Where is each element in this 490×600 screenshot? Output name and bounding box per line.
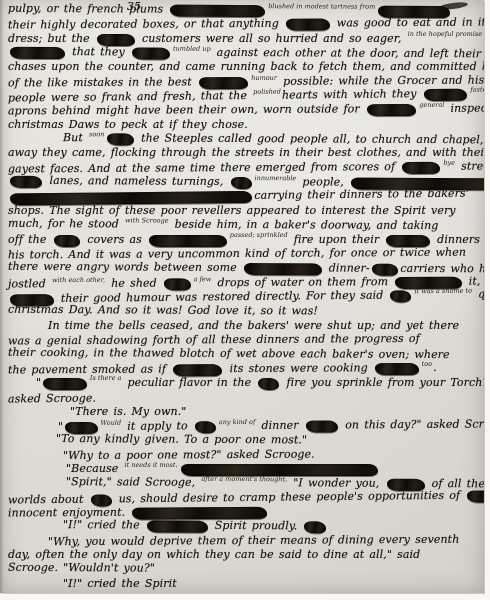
handwritten-text: covers as [82,233,147,246]
handwritten-text: pulpy, or the french plums [8,2,168,16]
handwritten-text: was good to eat and in its christmas [332,15,484,29]
handwritten-text: carrying their dinners to the bakers' [254,187,469,202]
handwritten-text: "Because [66,462,124,475]
struck-out-scribble: xxxxxx [132,47,170,59]
manuscript-line: aprons behind might have been their own,… [0,102,484,119]
handwritten-text: peculiar flavor in the [122,376,256,389]
handwritten-text: gayest faces. And at the same time there… [8,160,400,175]
manuscript-line: xxxxxxxxx that they xxxxxxtumbled up aga… [0,45,484,62]
interlinear-insertion: a few [194,276,212,281]
struck-out-scribble: xxxxxxxxxxxxxxxx [170,5,265,17]
manuscript-line: dress; but the xxxxxx customers were all… [0,32,484,46]
handwritten-text: dinner- [324,262,370,275]
manuscript-line: But soonxxxx the Steeples called good pe… [0,131,484,148]
interlinear-insertion: blushed in modest tartness from [268,4,375,10]
handwritten-text: "I wonder you, [288,477,384,491]
struck-out-scribble: xxxxxxx [375,363,419,375]
handwritten-text: But [63,131,88,144]
interlinear-insertion: Would [101,420,122,425]
handwritten-text: off the [8,233,52,246]
manuscript-page: 35 pulpy, or the french plums xxxxxxxxxx… [0,0,484,593]
manuscript-line: chases upon the counter, and came runnin… [0,60,484,74]
interlinear-insertion: innumerable [255,176,297,181]
handwritten-text: people, [297,175,349,188]
struck-out-scribble: xxxxxxx [424,89,468,101]
struck-out-scribble: xxx [258,378,279,390]
interlinear-insertion: any kind of [219,419,256,424]
handwritten-text: . [433,360,437,373]
struck-out-scribble: xxxxxxxxxxxxx [244,263,322,275]
struck-out-scribble: xxxx [54,235,81,247]
interlinear-insertion: too [422,361,432,366]
manuscript-text: pulpy, or the french plums xxxxxxxxxxxxx… [0,0,484,591]
handwritten-text: quarrel upon [473,287,484,301]
handwritten-text: lanes, and nameless turnings, [44,174,228,188]
manuscript-line: "Why, you would deprive them of their me… [0,532,484,549]
handwritten-text: he shed [106,276,162,289]
manuscript-line: "Why to a poor one most?" asked Scrooge. [0,446,484,463]
struck-out-scribble: xxxx [467,490,484,502]
handwritten-text: carriers who had [400,262,484,276]
handwritten-text: day, often the only day on which they ca… [8,548,420,561]
handwritten-text: "I!" cried the [63,518,145,531]
handwritten-text: streets, [456,159,484,172]
handwritten-text: us, should desire to cramp these people'… [113,488,465,505]
struck-out-scribble: xxxxxx [402,162,440,174]
handwritten-text: inspection and for [445,101,484,115]
manuscript-line: off the xxxx covers as xxxxxxxxxxxxxpass… [0,233,484,247]
handwritten-text: asked Scrooge. [8,392,96,406]
struck-out-scribble: xxxxxxxxxxxxx [149,235,227,247]
interlinear-insertion: passed; sprinkled [230,233,288,238]
struck-out-scribble: xxxxx [10,176,42,188]
handwritten-text: shops. The sight of these poor revellers… [8,204,456,217]
handwritten-text: "I!" cried the Spirit [63,577,177,590]
manuscript-line: "I!" cried the Spirit [0,577,484,591]
handwritten-text: his torch. And it was a very uncommon ki… [8,245,466,261]
struck-out-scribble: xxx [230,177,251,189]
interlinear-insertion: fastened [470,87,484,92]
struck-out-scribble: xxxxx [306,420,338,432]
handwritten-text: dress; but the [8,32,95,45]
struck-out-scribble: xxxxxxxxxx [147,521,208,533]
handwritten-text: away they came, flocking through the str… [8,146,484,159]
handwritten-text: there were angry words between some [8,260,242,274]
handwritten-text: christmas Daws to peck at if they chose. [8,118,248,131]
struck-out-scribble: xxxxxxxx [173,364,222,376]
interlinear-insertion: tumbled up [173,46,211,51]
handwritten-text: drops of water on them from [212,275,393,289]
handwritten-text: "Why, you would deprive them of their me… [48,532,459,548]
handwritten-text: its stones were cooking [224,361,372,375]
handwritten-text: worlds about [8,492,89,506]
struck-out-scribble: xxxxxx [97,34,135,46]
interlinear-insertion: general [419,103,444,108]
struck-out-scribble: xxxxxxx [386,235,430,247]
manuscript-line: In time the bells ceased, and the bakers… [0,319,484,333]
handwritten-text: customers were all so hurried and so eag… [137,32,407,45]
handwritten-text: "Why to a poor one most?" asked Scrooge. [63,447,315,462]
interlinear-insertion: after a moment's thought, [201,477,287,482]
handwritten-text: on this day?" asked Scrooge. [340,417,484,431]
handwritten-text: it, and [464,274,484,287]
interlinear-insertion: it was a shame to [414,288,472,294]
struck-out-scribble: xxxxxxxxx [10,47,65,59]
manuscript-line: shops. The sight of these poor revellers… [0,204,484,218]
handwritten-text: In time the bells ceased, and the bakers… [48,319,459,332]
struck-out-scribble: xxxx [164,278,191,290]
handwritten-text: possible: while the Grocer and his [278,73,484,87]
struck-out-scribble: xxxx [107,133,134,145]
handwritten-text: it apply to [122,419,193,432]
manuscript-line: Scrooge. "Wouldn't you?" [0,561,484,578]
struck-out-scribble: xxxxxxx [286,19,330,31]
interlinear-insertion: with Scrooge [125,218,169,223]
handwritten-text: was a genial shadowing forth of all thes… [8,332,420,348]
interlinear-insertion: in the hopeful promise of the day [408,32,484,37]
handwritten-text: of the like mistakes in the best [8,75,197,89]
manuscript-line: the pavement smoked as if xxxxxxxx its s… [0,360,484,377]
handwritten-text: their highly decorated boxes, or that an… [8,17,284,32]
manuscript-line: christmas Daws to peck at if they chose. [0,118,484,132]
struck-out-scribble: xxx [304,522,325,534]
struck-out-scribble: xxx [90,494,111,506]
handwritten-text: their cooking, in the thawed blotch of w… [8,346,450,361]
handwritten-text: "Spirit," said Scrooge, [66,475,200,489]
interlinear-insertion: with each other, [52,277,105,282]
handwritten-text: christmas Day. And so it was! God love i… [8,303,318,318]
handwritten-text: much, for he stood [8,217,124,231]
handwritten-text: against each other at the door, and left… [212,46,484,61]
handwritten-text: hearts with which they [282,87,422,101]
handwritten-text: fire upon their [289,233,385,246]
manuscript-line: "There is. My own." [0,405,484,419]
struck-out-scribble: xxxxxxx [43,378,87,390]
struck-out-scribble: xxxxxxxx [367,104,416,116]
handwritten-text: Scrooge. "Wouldn't you?" [8,561,155,575]
struck-out-scribble: xxx [390,290,411,302]
struck-out-scribble: xxxxxxxx [199,77,248,89]
handwritten-text: beside him, in a baker's doorway, and ta… [170,218,439,232]
handwritten-text: Spirit proudly. [210,519,303,532]
handwritten-text: the Steeples called good people all, to … [136,132,484,147]
handwritten-text: chases upon the counter, and came runnin… [8,60,484,73]
interlinear-insertion: polished [253,89,281,94]
handwritten-text: " [36,376,41,389]
handwritten-text: dinner [256,419,303,432]
manuscript-line: christmas Day. And so it was! God love i… [0,303,484,320]
interlinear-insertion: Is there a [90,376,122,381]
scanned-document: 35 pulpy, or the french plums xxxxxxxxxx… [0,0,490,600]
struck-out-scribble: xxx [195,421,216,433]
manuscript-line: away they came, flocking through the str… [0,146,484,160]
handwritten-text: dinners from [432,233,484,246]
interlinear-insertion: humour [251,75,277,80]
handwritten-text: jostled [8,277,51,290]
interlinear-insertion: bye [443,160,455,165]
interlinear-insertion: it needs it most. [125,463,178,468]
handwritten-text: "To any kindly given. To a poor one most… [56,432,307,446]
handwritten-text: that they [67,45,130,58]
handwritten-text: "There is. My own." [70,405,186,418]
interlinear-insertion: soon [89,132,104,137]
handwritten-text: aprons behind might have been their own,… [8,103,365,118]
